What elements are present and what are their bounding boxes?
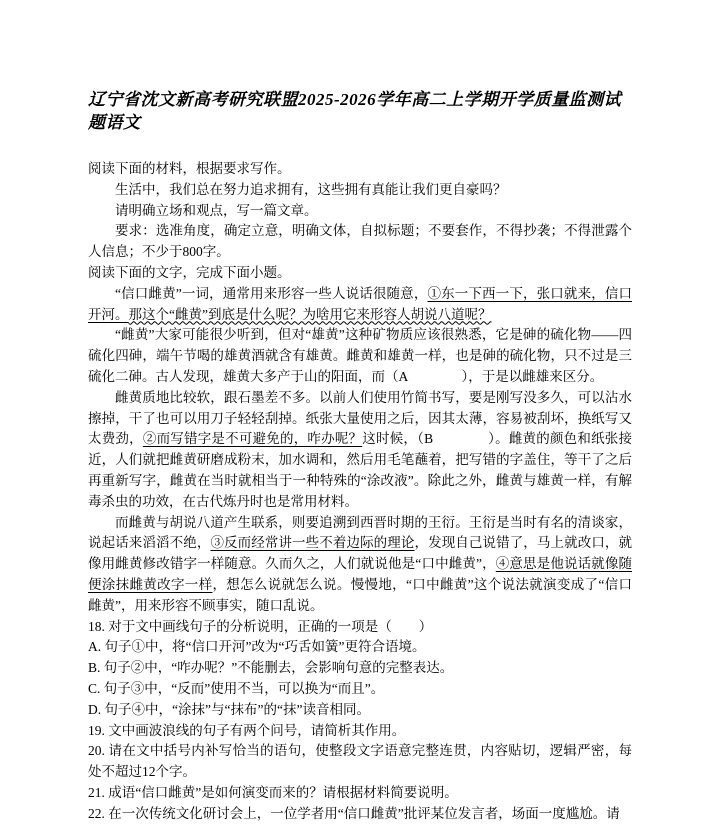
reading-paragraph-3: 雌黄质地比较软，跟石墨差不多。以前人们使用竹简书写，要是刚写没多久，可以沾水擦掉… [88, 388, 632, 513]
document-page: 辽宁省沈文新高考研究联盟2025-2026学年高二上学期开学质量监测试题语文 阅… [0, 0, 718, 825]
question-18-option-b: B. 句子②中，“咋办呢？”不能删去，会影响句意的完整表达。 [88, 658, 632, 679]
underlined-sentence-3: ③反而经常讲一些不着边际的理论 [210, 535, 414, 550]
reading-paragraph-4: 而雌黄与胡说八道产生联系，则要追溯到西晋时期的王衍。王衍是当时有名的清谈家，说起… [88, 513, 632, 617]
question-18-option-c: C. 句子③中，“反而”使用不当，可以换为“而且”。 [88, 679, 632, 700]
reading-task-intro: 阅读下面的文字，完成下面小题。 [88, 263, 632, 284]
reading-paragraph-1: “信口雌黄”一词，通常用来形容一些人说话很随意，①东一下西一下，张口就来，信口开… [88, 284, 632, 326]
question-19: 19. 文中画波浪线的句子有两个问号，请简析其作用。 [88, 721, 632, 742]
question-22: 22. 在一次传统文化研讨会上，一位学者用“信口雌黄”批评某位发言者，场面一度尴… [88, 804, 632, 825]
question-21: 21. 成语“信口雌黄”是如何演变而来的？请根据材料简要说明。 [88, 783, 632, 804]
document-title: 辽宁省沈文新高考研究联盟2025-2026学年高二上学期开学质量监测试题语文 [88, 88, 632, 134]
document-body: 阅读下面的材料，根据要求写作。 生活中，我们总在努力追求拥有，这些拥有真能让我们… [88, 159, 632, 825]
question-18-stem: 18. 对于文中画线句子的分析说明，正确的一项是（ ） [88, 617, 632, 638]
underlined-sentence-2: ②而写错字是不可避免的，咋办呢？ [143, 431, 362, 446]
reading-paragraph-2: “雌黄”大家可能很少听到，但对“雄黄”这种矿物质应该很熟悉，它是砷的硫化物——四… [88, 325, 632, 387]
question-20: 20. 请在文中括号内补写恰当的语句，使整段文字语意完整连贯，内容贴切，逻辑严密… [88, 741, 632, 783]
writing-task-intro: 阅读下面的材料，根据要求写作。 [88, 159, 632, 180]
question-18-option-d: D. 句子④中，“涂抹”与“抹布”的“抹”读音相同。 [88, 700, 632, 721]
writing-task-material: 生活中，我们总在努力追求拥有，这些拥有真能让我们更自豪吗？ [88, 180, 632, 201]
question-18-option-a: A. 句子①中，将“信口开河”改为“巧舌如簧”更符合语境。 [88, 637, 632, 658]
paragraph-1-text: “信口雌黄”一词，通常用来形容一些人说话很随意， [115, 286, 427, 301]
writing-task-requirements: 要求：选准角度，确定立意，明确文体，自拟标题；不要套作，不得抄袭；不得泄露个人信… [88, 221, 632, 263]
writing-task-direction: 请明确立场和观点，写一篇文章。 [88, 201, 632, 222]
wavy-underlined-sentence: 那这个“雌黄”到底是什么呢？为啥用它来形容人胡说八道呢？ [129, 307, 492, 322]
